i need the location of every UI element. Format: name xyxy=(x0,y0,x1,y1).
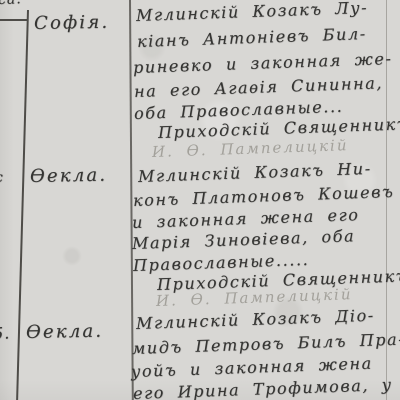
margin-mark-top: са. xyxy=(0,0,22,8)
child-name: Ѳекла. xyxy=(26,321,104,343)
margin-mark-entry2: с xyxy=(0,170,4,186)
child-name: Ѳекла. xyxy=(30,165,108,187)
record-line: Мглинскій Козакъ Лу- xyxy=(136,0,369,25)
record-line: на его Агаѳія Сининна, xyxy=(134,73,384,101)
record-line: Мглинскій Козакъ Ни- xyxy=(138,159,372,186)
record-line: Мглинскій Козакъ Діо- xyxy=(136,306,375,333)
top-left-horizontal-rule xyxy=(0,19,28,21)
document-page: са. с 5. Софія. Ѳекла. Ѳекла. Мглинскій … xyxy=(0,0,400,400)
record-line: кіанъ Антоніевъ Бил- xyxy=(137,24,367,51)
record-line: риневко и законная же- xyxy=(133,49,393,77)
child-name: Софія. xyxy=(34,12,110,34)
margin-mark-entry3: 5. xyxy=(0,323,11,343)
